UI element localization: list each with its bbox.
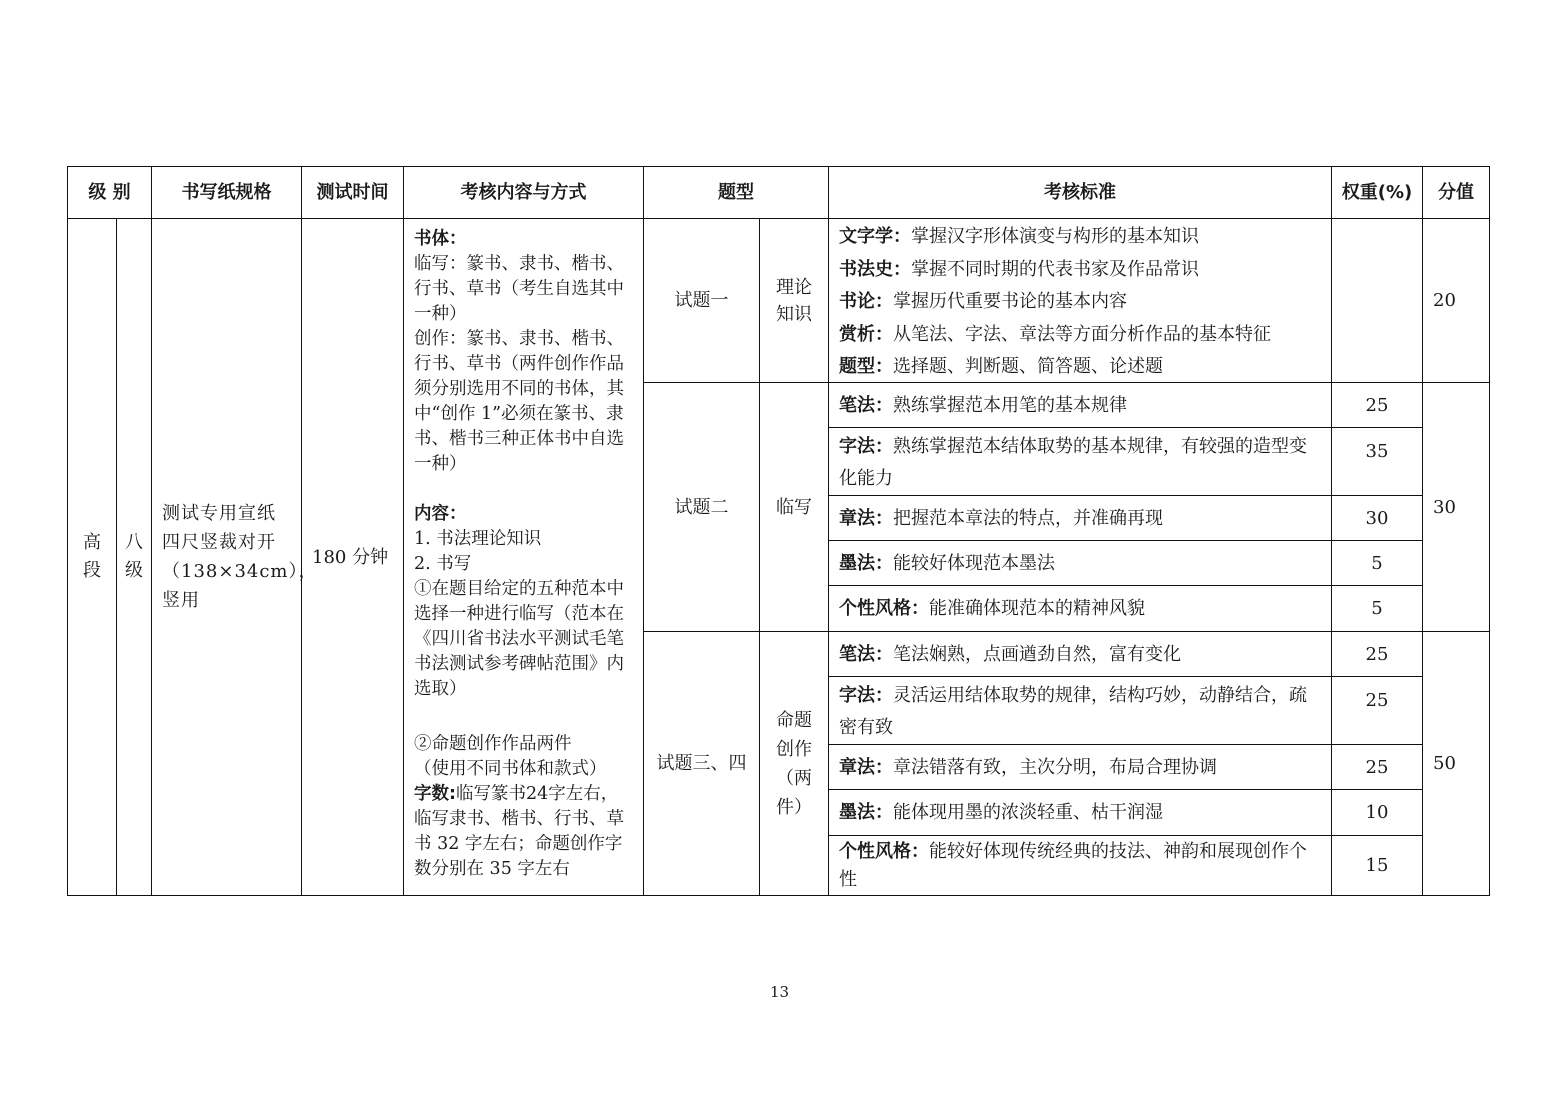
standard-item: 文字学：掌握汉字形体演变与构形的基本知识 — [839, 221, 1271, 254]
content-item-2: 2. 书写 — [414, 552, 635, 577]
question-3-standard-5: 个性风格：能较好体现传统经典的技法、神韵和展现创作个性 — [828, 835, 1332, 896]
question-1-score: 20 — [1422, 218, 1490, 383]
question-1-type: 理论知识 — [774, 274, 814, 328]
copy-line: 临写：篆书、隶书、楷书、行书、草书（考生自选其中一种） — [414, 252, 635, 327]
content-item-2b: ②命题创作作品两件 — [414, 732, 635, 757]
header-standard: 考核标准 — [828, 166, 1332, 219]
question-3-weight-1: 25 — [1331, 631, 1423, 677]
duration-cell: 180 分钟 — [301, 218, 404, 896]
question-3-type: 命题创作（两件） — [774, 706, 814, 822]
page-number: 13 — [0, 983, 1559, 1001]
standard-item: 赏析：从笔法、字法、章法等方面分析作品的基本特征 — [839, 319, 1271, 352]
question-2-standard-2: 字法：熟练掌握范本结体取势的基本规律，有较强的造型变化能力 — [828, 427, 1332, 496]
question-3-type-cell: 命题创作（两件） — [759, 631, 829, 896]
segment-cell: 高段 — [67, 218, 117, 896]
question-2-weight-5: 5 — [1331, 585, 1423, 632]
content-label: 内容： — [414, 504, 467, 524]
standard-item: 题型：选择题、判断题、简答题、论述题 — [839, 351, 1271, 384]
content-item-1: 1. 书法理论知识 — [414, 527, 635, 552]
question-3-standard-3: 章法：章法错落有致，主次分明，布局合理协调 — [828, 744, 1332, 790]
header-level: 级 别 — [67, 166, 152, 219]
script-label: 书体： — [414, 229, 467, 249]
document-page: 级 别 书写纸规格 测试时间 考核内容与方式 题型 考核标准 权重(%) 分值 … — [0, 0, 1559, 1102]
method-content: 书体： 临写：篆书、隶书、楷书、行书、草书（考生自选其中一种） 创作：篆书、隶书… — [404, 219, 643, 882]
question-2-name: 试题二 — [643, 382, 760, 632]
grade-text: 八级 — [124, 529, 144, 585]
question-3-standard-1: 笔法：笔法娴熟，点画遒劲自然，富有变化 — [828, 631, 1332, 677]
duration-text: 180 分钟 — [312, 545, 388, 570]
header-paper: 书写纸规格 — [151, 166, 302, 219]
assessment-table: 级 别 书写纸规格 测试时间 考核内容与方式 题型 考核标准 权重(%) 分值 … — [68, 167, 1490, 896]
question-2-standard-1: 笔法：熟练掌握范本用笔的基本规律 — [828, 382, 1332, 428]
paper-spec-cell: 测试专用宣纸四尺竖裁对开（138×34cm），竖用 — [151, 218, 302, 896]
header-question-type: 题型 — [643, 166, 829, 219]
question-3-standard-2: 字法：灵活运用结体取势的规律，结构巧妙，动静结合，疏密有致 — [828, 676, 1332, 745]
question-1-standard-list: 文字学：掌握汉字形体演变与构形的基本知识 书法史：掌握不同时期的代表书家及作品常… — [829, 219, 1271, 384]
paper-spec-text: 测试专用宣纸四尺竖裁对开（138×34cm），竖用 — [162, 499, 290, 615]
question-2-weight-4: 5 — [1331, 540, 1423, 586]
standard-item: 书论：掌握历代重要书论的基本内容 — [839, 286, 1271, 319]
question-2-weight-2: 35 — [1331, 427, 1423, 496]
question-3-name: 试题三、四 — [643, 631, 760, 896]
question-1-standards: 文字学：掌握汉字形体演变与构形的基本知识 书法史：掌握不同时期的代表书家及作品常… — [828, 218, 1332, 383]
question-1-type-cell: 理论知识 — [759, 218, 829, 383]
content-item-2a: ①在题目给定的五种范本中选择一种进行临写（范本在《四川省书法水平测试毛笔书法测试… — [414, 577, 635, 702]
header-score: 分值 — [1422, 166, 1490, 219]
question-2-weight-3: 30 — [1331, 495, 1423, 541]
header-weight: 权重(%) — [1331, 166, 1423, 219]
question-3-score: 50 — [1422, 631, 1490, 896]
count-label: 字数: — [414, 784, 456, 804]
question-2-standard-4: 墨法：能较好体现范本墨法 — [828, 540, 1332, 586]
grade-cell: 八级 — [116, 218, 152, 896]
question-3-weight-5: 15 — [1331, 835, 1423, 896]
question-3-weight-3: 25 — [1331, 744, 1423, 790]
header-method: 考核内容与方式 — [403, 166, 644, 219]
question-2-weight-1: 25 — [1331, 382, 1423, 428]
question-2-standard-5: 个性风格：能准确体现范本的精神风貌 — [828, 585, 1332, 632]
content-item-2b-note: （使用不同书体和款式） — [414, 757, 635, 782]
standard-item: 书法史：掌握不同时期的代表书家及作品常识 — [839, 254, 1271, 287]
question-1-name: 试题一 — [643, 218, 760, 383]
segment-text: 高段 — [82, 529, 102, 585]
question-2-type: 临写 — [759, 382, 829, 632]
create-line: 创作：篆书、隶书、楷书、行书、草书（两件创作作品须分别选用不同的书体，其中“创作… — [414, 327, 635, 477]
question-3-standard-4: 墨法：能体现用墨的浓淡轻重、枯干润湿 — [828, 789, 1332, 836]
question-2-standard-3: 章法：把握范本章法的特点，并准确再现 — [828, 495, 1332, 541]
question-1-weight-empty — [1331, 218, 1423, 383]
header-time: 测试时间 — [301, 166, 404, 219]
question-3-weight-4: 10 — [1331, 789, 1423, 836]
question-3-weight-2: 25 — [1331, 676, 1423, 745]
question-2-score: 30 — [1422, 382, 1490, 632]
method-cell: 书体： 临写：篆书、隶书、楷书、行书、草书（考生自选其中一种） 创作：篆书、隶书… — [403, 218, 644, 896]
